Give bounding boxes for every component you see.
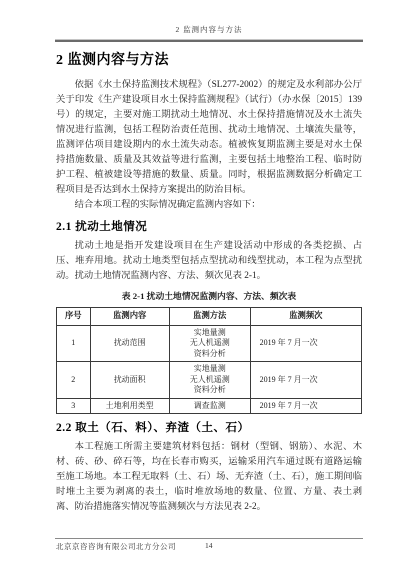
- page-number: 14: [205, 541, 213, 550]
- chapter-title: 2 监测内容与方法: [56, 53, 362, 68]
- cell-frequency: 2019 年 7 月一次: [250, 362, 361, 399]
- page-body: 2 监测内容与方法 依据《水土保持监测技术规程》（SL277-2002）的规定及…: [56, 53, 362, 515]
- section-2-2-paragraph: 本工程施工所需主要建筑材料包括：钢材（型钢、钢筋）、水泥、木材、砖、砂、碎石等，…: [56, 440, 362, 515]
- chapter-paragraph: 依据《水土保持监测技术规程》（SL277-2002）的规定及水利部办公厅关于印发…: [56, 78, 362, 198]
- cell-method: 实地量测 无人机遥测 资料分析: [169, 325, 250, 362]
- section-2-1-title: 2.1 扰动土地情况: [56, 220, 362, 235]
- table-row: 3 土地利用类型 调查监测 2019 年 7 月一次: [57, 398, 362, 414]
- cell-method: 实地量测 无人机遥测 资料分析: [169, 362, 250, 399]
- column-header-method: 监测方法: [169, 308, 250, 326]
- cell-frequency: 2019 年 7 月一次: [250, 325, 361, 362]
- footer-rule: [55, 538, 363, 539]
- cell-no: 1: [57, 325, 91, 362]
- page-footer: 北京京咨咨询有限公司北方分公司 14: [56, 541, 362, 552]
- cell-no: 3: [57, 398, 91, 414]
- table-header-row: 序号 监测内容 监测方法 监测频次: [57, 308, 362, 326]
- cell-item: 扰动面积: [90, 362, 169, 399]
- cell-method: 调查监测: [169, 398, 250, 414]
- table-2-1: 序号 监测内容 监测方法 监测频次 1 扰动范围 实地量测 无人机遥测 资料分析…: [56, 307, 362, 414]
- cell-item: 扰动范围: [90, 325, 169, 362]
- cell-no: 2: [57, 362, 91, 399]
- section-2-2-title: 2.2 取土（石、料）、弃渣（土、石）: [56, 421, 362, 436]
- chapter-paragraph: 结合本项工程的实际情况确定监测内容如下：: [56, 198, 362, 213]
- cell-frequency: 2019 年 7 月一次: [250, 398, 361, 414]
- column-header-frequency: 监测频次: [250, 308, 361, 326]
- section-2-1-paragraph: 扰动土地是指开发建设项目在生产建设活动中形成的各类挖损、占压、堆弃用地。扰动土地…: [56, 239, 362, 284]
- table-2-1-caption: 表 2-1 扰动土地情况监测内容、方法、频次表: [56, 289, 362, 304]
- header-rule: [55, 39, 363, 42]
- table-row: 2 扰动面积 实地量测 无人机遥测 资料分析 2019 年 7 月一次: [57, 362, 362, 399]
- document-page: 2 监测内容与方法 2 监测内容与方法 依据《水土保持监测技术规程》（SL277…: [0, 0, 413, 584]
- column-header-no: 序号: [57, 308, 91, 326]
- table-row: 1 扰动范围 实地量测 无人机遥测 资料分析 2019 年 7 月一次: [57, 325, 362, 362]
- column-header-item: 监测内容: [90, 308, 169, 326]
- footer-company: 北京京咨咨询有限公司北方分公司: [56, 542, 176, 551]
- running-header: 2 监测内容与方法: [56, 24, 362, 35]
- cell-item: 土地利用类型: [90, 398, 169, 414]
